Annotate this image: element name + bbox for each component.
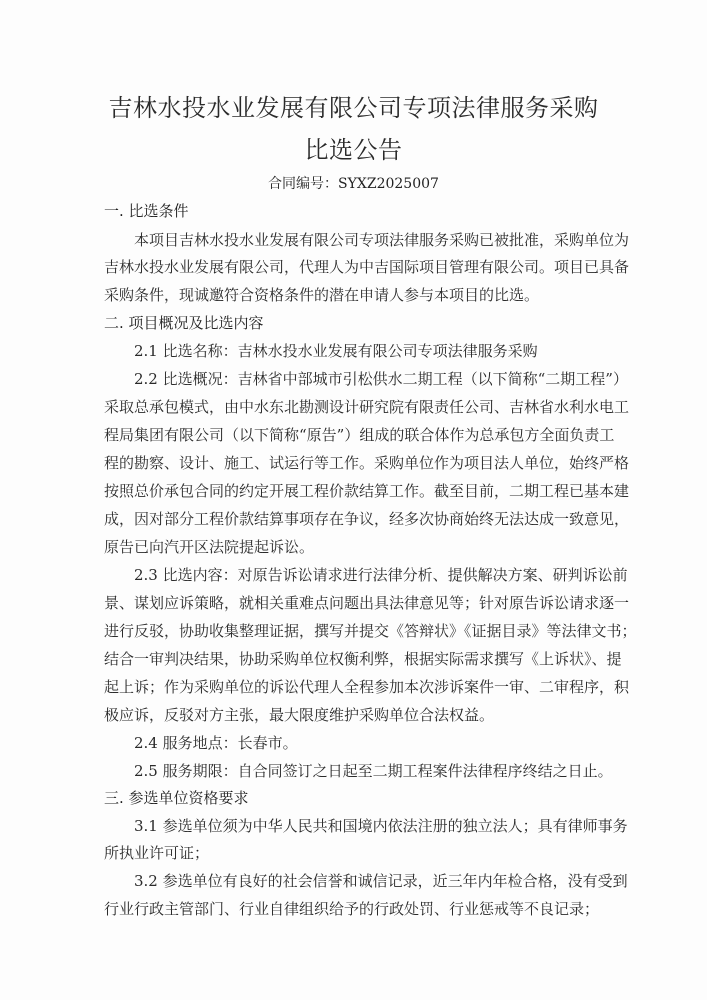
paragraph-line: 2.4 服务地点：长春市。	[134, 733, 610, 753]
paragraph-line: 极应诉，反驳对方主张，最大限度维护采购单位合法权益。	[104, 705, 610, 725]
paragraph-line: 2.3 比选内容：对原告诉讼请求进行法律分析、提供解决方案、研判诉讼前	[134, 565, 610, 585]
paragraph-line: 景、谋划应诉策略，就相关重难点问题出具法律意见等；针对原告诉讼请求逐一	[104, 593, 610, 613]
paragraph-line: 成，因对部分工程价款结算事项存在争议，经多次协商始终无法达成一致意见，	[104, 509, 610, 529]
section-heading-1: 一. 比选条件	[104, 201, 610, 221]
paragraph-line: 结合一审判决结果，协助采购单位权衡利弊，根据实际需求撰写《上诉状》、提	[104, 649, 610, 669]
contract-code: SYXZ2025007	[338, 176, 439, 192]
document-subtitle: 比选公告	[0, 130, 707, 165]
paragraph-line: 所执业许可证；	[104, 843, 610, 863]
paragraph-line: 程局集团有限公司（以下简称“原告”）组成的联合体作为总承包方全面负责工	[104, 425, 610, 445]
paragraph-line: 行业行政主管部门、行业自律组织给予的行政处罚、行业惩戒等不良记录；	[104, 899, 610, 919]
paragraph-line: 2.5 服务期限：自合同签订之日起至二期工程案件法律程序终结之日止。	[134, 761, 610, 781]
paragraph-line: 2.1 比选名称：吉林水投水业发展有限公司专项法律服务采购	[134, 341, 610, 361]
paragraph-line: 2.2 比选概况：吉林省中部城市引松供水二期工程（以下简称“二期工程”）	[134, 369, 610, 389]
paragraph-line: 进行反驳，协助收集整理证据，撰写并提交《答辩状》《证据目录》等法律文书；	[104, 621, 610, 641]
paragraph-line: 按照总价承包合同的约定开展工程价款结算工作。截至目前，二期工程已基本建	[104, 481, 610, 501]
section-heading-3: 三. 参选单位资格要求	[104, 788, 610, 808]
section-heading-2: 二. 项目概况及比选内容	[104, 313, 610, 333]
contract-number: 合同编号：SYXZ2025007	[0, 173, 707, 193]
paragraph-line: 起上诉；作为采购单位的诉讼代理人全程参加本次涉诉案件一审、二审程序，积	[104, 677, 610, 697]
paragraph-line: 采购条件，现诚邀符合资格条件的潜在申请人参与本项目的比选。	[104, 285, 610, 305]
paragraph-line: 3.1 参选单位须为中华人民共和国境内依法注册的独立法人；具有律师事务	[134, 816, 610, 836]
paragraph-line: 原告已向汽开区法院提起诉讼。	[104, 537, 610, 557]
document-page: 吉林水投水业发展有限公司专项法律服务采购 比选公告 合同编号：SYXZ20250…	[0, 0, 707, 1000]
paragraph-line: 本项目吉林水投水业发展有限公司专项法律服务采购已被批准，采购单位为	[134, 230, 610, 250]
paragraph-line: 吉林水投水业发展有限公司，代理人为中吉国际项目管理有限公司。项目已具备	[104, 257, 610, 277]
paragraph-line: 采取总承包模式，由中水东北勘测设计研究院有限责任公司、吉林省水利水电工	[104, 397, 610, 417]
paragraph-line: 3.2 参选单位有良好的社会信誉和诚信记录，近三年内年检合格，没有受到	[134, 871, 610, 891]
paragraph-line: 程的勘察、设计、施工、试运行等工作。采购单位作为项目法人单位，始终严格	[104, 453, 610, 473]
contract-label: 合同编号：	[268, 176, 338, 192]
document-title: 吉林水投水业发展有限公司专项法律服务采购	[0, 88, 707, 123]
